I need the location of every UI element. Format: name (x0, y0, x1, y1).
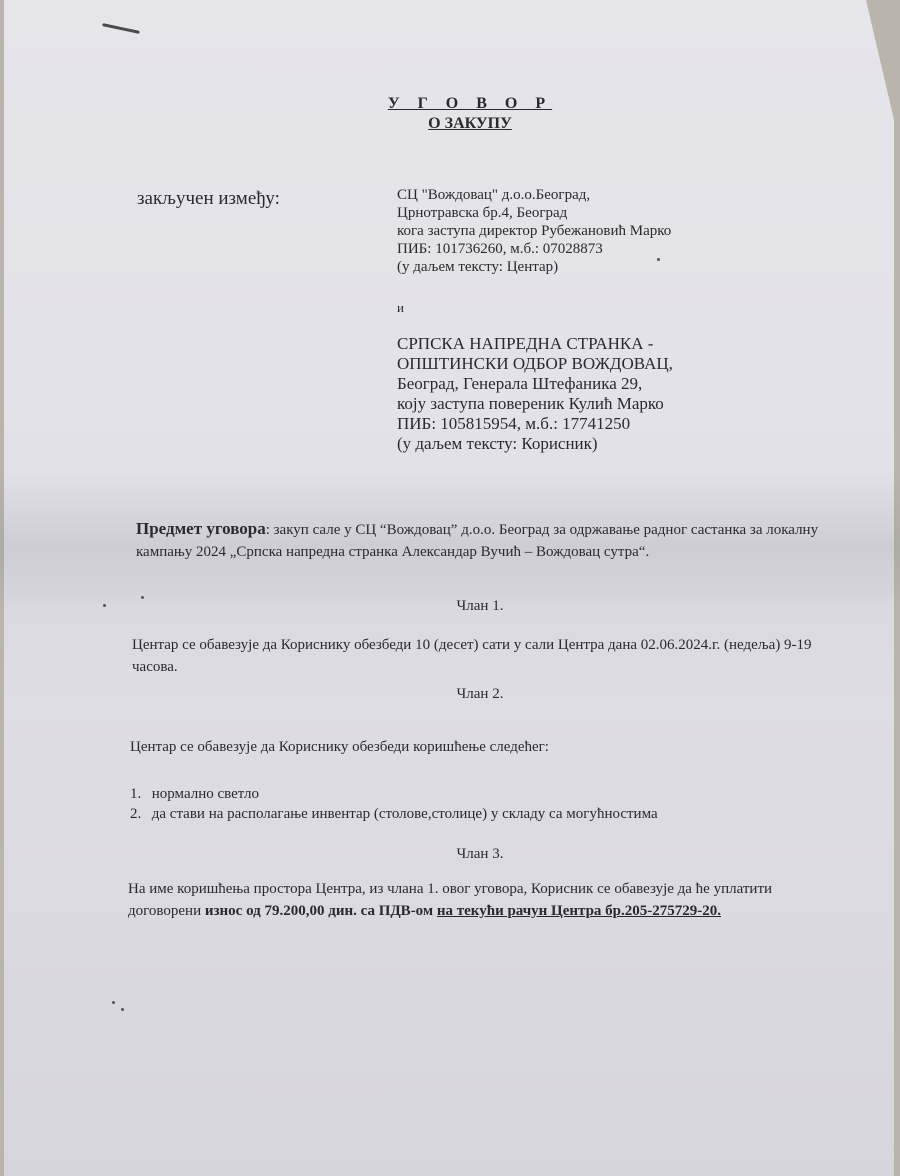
party-1-line: ПИБ: 101736260, м.б.: 07028873 (397, 240, 671, 258)
article-2-heading: Члан 2. (0, 686, 900, 703)
contract-subject: Предмет уговора: закуп сале у СЦ “Вождов… (136, 518, 836, 563)
speck (121, 1008, 124, 1011)
party-2-block: СРПСКА НАПРЕДНА СТРАНКА - ОПШТИНСКИ ОДБО… (397, 334, 673, 454)
and-label: и (397, 300, 404, 316)
paper-sheet (4, 0, 894, 1176)
article-3-text: На име коришћења простора Центра, из чла… (128, 878, 838, 922)
party-1-block: СЦ "Вождовац" д.о.о.Београд, Црнотравска… (397, 186, 671, 276)
article-1-heading: Члан 1. (0, 598, 900, 615)
speck (141, 596, 144, 599)
party-2-line: СРПСКА НАПРЕДНА СТРАНКА - (397, 334, 673, 354)
party-1-line: Црнотравска бр.4, Београд (397, 204, 671, 222)
article-2-list: 1. нормално светло 2. да стави на распол… (130, 784, 658, 824)
party-1-line: кога заступа директор Рубежановић Марко (397, 222, 671, 240)
subject-label: Предмет уговора (136, 519, 266, 538)
party-2-line: коју заступа повереник Кулић Марко (397, 394, 673, 414)
article-3-amount: износ од 79.200,00 дин. са ПДВ-ом (205, 903, 437, 919)
list-item: 1. нормално светло (130, 784, 658, 804)
speck (657, 258, 660, 261)
article-3-account: на текући рачун Центра бр.205-275729-20. (437, 903, 721, 919)
party-1-line: СЦ "Вождовац" д.о.о.Београд, (397, 186, 671, 204)
party-2-line: (у даљем тексту: Корисник) (397, 434, 673, 454)
speck (112, 1001, 115, 1004)
concluded-between-label: закључен између: (137, 188, 280, 210)
document-title: У Г О В О Р (0, 95, 900, 113)
party-2-line: ОПШТИНСКИ ОДБОР ВОЖДОВАЦ, (397, 354, 673, 374)
list-item: 2. да стави на располагање инвентар (сто… (130, 804, 658, 824)
document-subtitle: О ЗАКУПУ (0, 115, 900, 133)
article-1-text: Центар се обавезује да Кориснику обезбед… (132, 634, 832, 678)
party-2-line: ПИБ: 105815954, м.б.: 17741250 (397, 414, 673, 434)
article-3-heading: Члан 3. (0, 846, 900, 863)
article-2-text: Центар се обавезује да Кориснику обезбед… (130, 736, 830, 758)
party-1-line: (у даљем тексту: Центар) (397, 258, 671, 276)
speck (103, 604, 106, 607)
party-2-line: Београд, Генерала Штефаника 29, (397, 374, 673, 394)
